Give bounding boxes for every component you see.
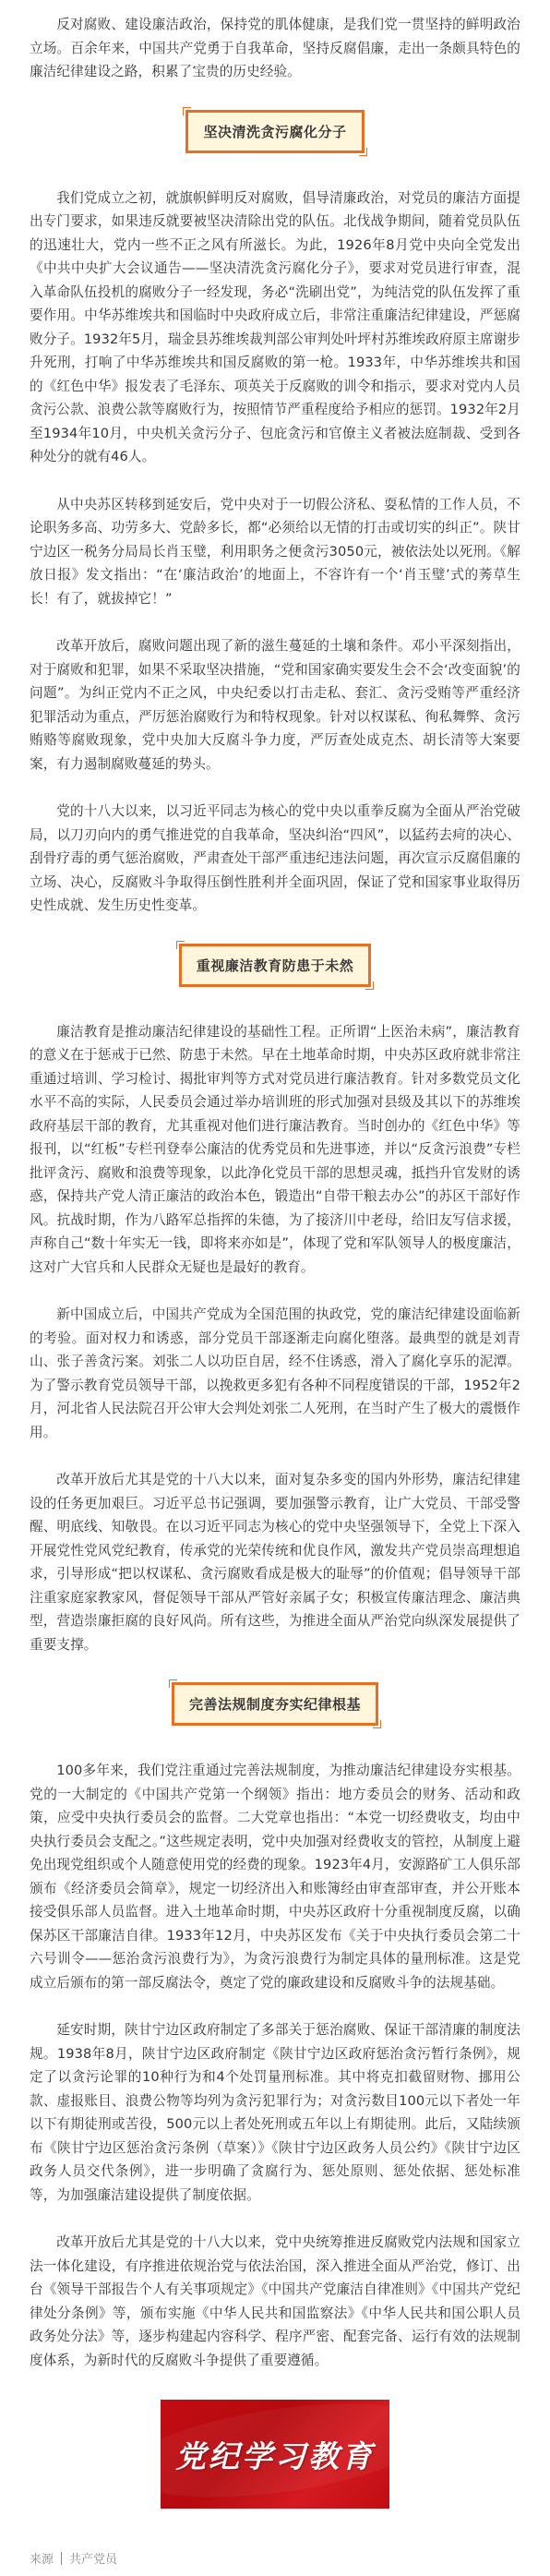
source-label: 来源 [30, 2549, 54, 2567]
intro-paragraph: 反对腐败、建设廉洁政治，保持党的肌体健康，是我们党一贯坚持的鲜明政治立场。百余年… [30, 0, 520, 84]
article: 反对腐败、建设廉洁政治，保持党的肌体健康，是我们党一贯坚持的鲜明政治立场。百余年… [0, 0, 550, 2576]
body-paragraph: 从中央苏区转移到延安后，党中央对于一切假公济私、耍私情的工作人员，不论职务多高、… [30, 493, 520, 611]
body-paragraph: 党的十八大以来，以习近平同志为核心的党中央以重拳反腐为全面从严治党破局，以刀刃向… [30, 800, 520, 918]
body-paragraph: 廉洁教育是推动廉洁纪律建设的基础性工程。正所谓“上医治未病”，廉洁教育的意义在于… [30, 1020, 520, 1280]
banner-text: 党纪学习教育 [175, 2433, 375, 2476]
banner-wrap: 党纪学习教育 [30, 2372, 520, 2509]
body-paragraph: 延安时期，陕甘宁边区政府制定了多部关于惩治腐败、保证干部清廉的制度法规。1938… [30, 2018, 520, 2207]
body-paragraph: 改革开放后尤其是党的十八大以来，面对复杂多变的国内外形势，廉洁纪律建设的任务更加… [30, 1468, 520, 1656]
source-divider [61, 2552, 62, 2565]
section-heading: 完善法规制度夯实纪律根基 [172, 1682, 378, 1726]
section-heading: 重视廉洁教育防患于未然 [179, 944, 372, 987]
source-line: 来源 共产党员 [30, 2509, 520, 2576]
section-heading-wrap: 重视廉洁教育防患于未然 [30, 918, 520, 1020]
section-heading: 坚决清洗贪污腐化分子 [185, 110, 364, 153]
section-heading-wrap: 完善法规制度夯实纪律根基 [30, 1656, 520, 1759]
section-heading-wrap: 坚决清洗贪污腐化分子 [30, 84, 520, 187]
body-paragraph: 改革开放后，腐败问题出现了新的滋生蔓延的土壤和条件。邓小平深刻指出，对于腐败和犯… [30, 634, 520, 776]
body-paragraph: 我们党成立之初，就旗帜鲜明反对腐败，倡导清廉政治，对党员的廉洁方面提出专门要求，… [30, 187, 520, 469]
body-paragraph: 新中国成立后，中国共产党成为全国范围的执政党，党的廉洁纪律建设面临新的考验。面对… [30, 1303, 520, 1444]
party-discipline-banner-image: 党纪学习教育 [161, 2400, 389, 2509]
source-value: 共产党员 [69, 2549, 117, 2567]
body-paragraph: 改革开放后尤其是党的十八大以来，党中央统筹推进反腐败党内法规和国家立法一体化建设… [30, 2231, 520, 2372]
body-paragraph: 100多年来，我们党注重通过完善法规制度，为推动廉洁纪律建设夯实根基。党的一大制… [30, 1759, 520, 1994]
